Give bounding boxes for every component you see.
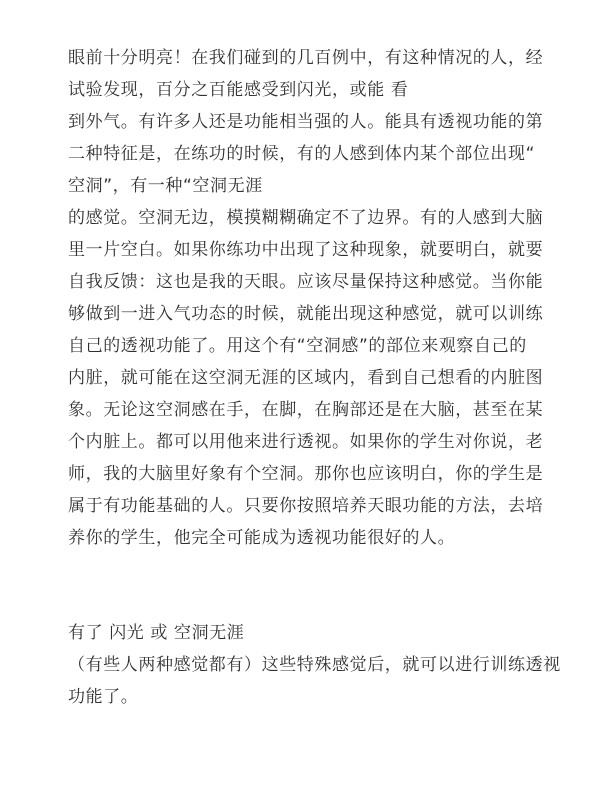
paragraph: （有些人两种感觉都有）这些特殊感觉后，就可以进行训练透视功能了。 [68,649,550,713]
text-line: 二种特征是，在练功的时候，有的人感到体内某个部位出现“ [68,138,550,170]
text-line: 象。无论这空洞感在手，在脚，在胸部还是在大脑，甚至在某 [68,394,550,426]
text-line: 自己的透视功能了。用这个有“空洞感”的部位来观察自己的 [68,330,550,362]
text-line: 空洞”，有一种“空洞无涯 [68,170,550,202]
text-block: 眼前十分明亮！在我们碰到的几百例中，有这种情况的人，经试验发现，百分之百能感受到… [68,42,550,713]
paragraph: 有了 闪光 或 空洞无涯 [68,617,550,649]
text-line: 有了 闪光 或 空洞无涯 [68,617,550,649]
text-line: 试验发现，百分之百能感受到闪光，或能 看 [68,74,550,106]
text-line: 属于有功能基础的人。只要你按照培养天眼功能的方法，去培 [68,490,550,522]
text-line: 眼前十分明亮！在我们碰到的几百例中，有这种情况的人，经 [68,42,550,74]
text-line: 的感觉。空洞无边，模摸糊糊确定不了边界。有的人感到大脑 [68,202,550,234]
text-line: 里一片空白。如果你练功中出现了这种现象，就要明白，就要 [68,234,550,266]
paragraph: 的感觉。空洞无边，模摸糊糊确定不了边界。有的人感到大脑里一片空白。如果你练功中出… [68,202,550,554]
text-line: 自我反馈：这也是我的天眼。应该尽量保持这种感觉。当你能 [68,266,550,298]
text-line: 够做到一进入气功态的时候，就能出现这种感觉，就可以训练 [68,298,550,330]
paragraph: 眼前十分明亮！在我们碰到的几百例中，有这种情况的人，经试验发现，百分之百能感受到… [68,42,550,106]
text-line: 到外气。有许多人还是功能相当强的人。能具有透视功能的第 [68,106,550,138]
text-line: 养你的学生，他完全可能成为透视功能很好的人。 [68,522,550,554]
document-page: 眼前十分明亮！在我们碰到的几百例中，有这种情况的人，经试验发现，百分之百能感受到… [0,0,598,797]
text-line: 内脏，就可能在这空洞无涯的区域内，看到自己想看的内脏图 [68,362,550,394]
text-line: 个内脏上。都可以用他来进行透视。如果你的学生对你说，老 [68,426,550,458]
text-line: （有些人两种感觉都有）这些特殊感觉后，就可以进行训练透视 [68,649,550,681]
paragraph: 到外气。有许多人还是功能相当强的人。能具有透视功能的第二种特征是，在练功的时候，… [68,106,550,202]
text-line: 功能了。 [68,681,550,713]
text-line: 师，我的大脑里好象有个空洞。那你也应该明白，你的学生是 [68,458,550,490]
